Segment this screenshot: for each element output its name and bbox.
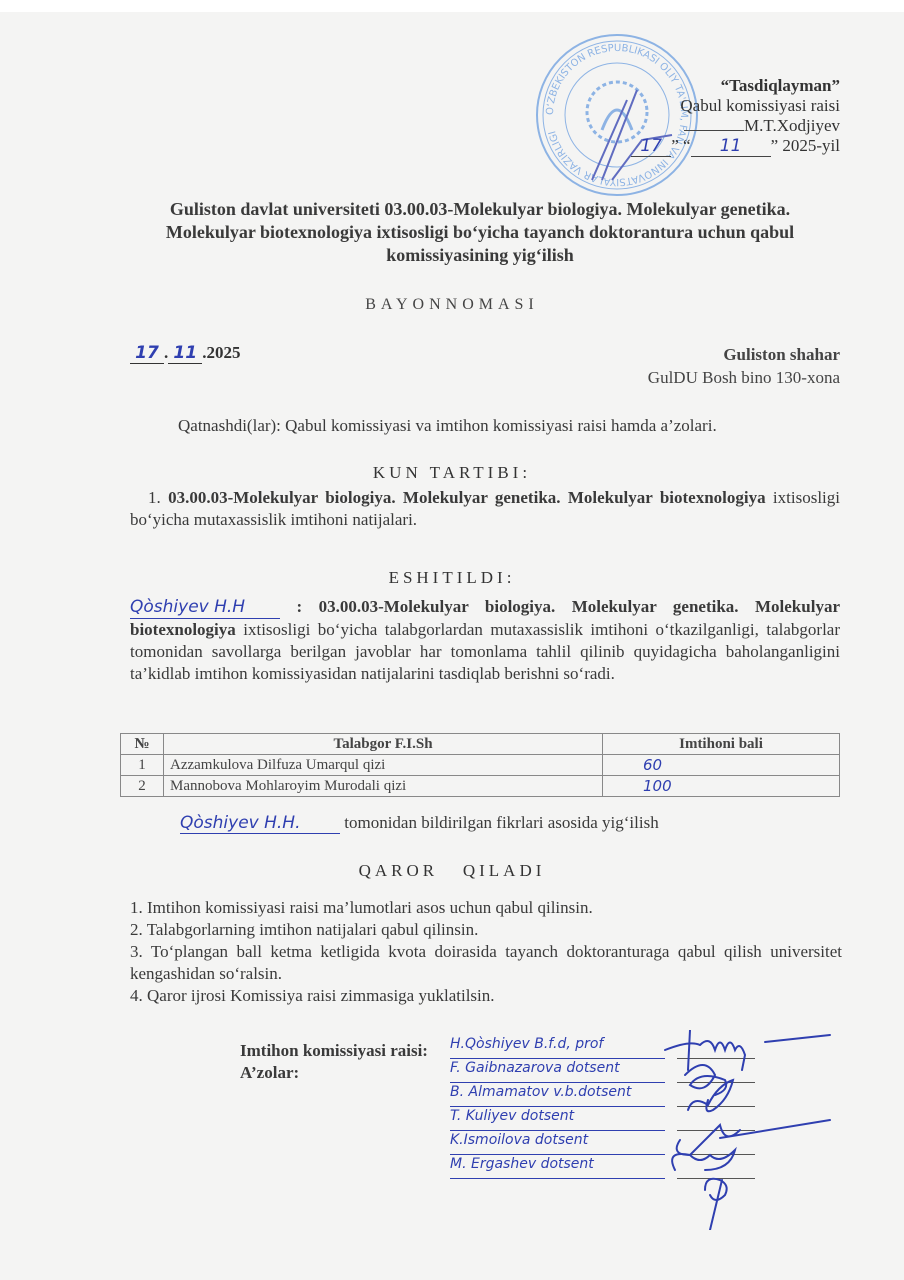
decision-item: 1. Imtihon komissiyasi raisi ma’lumotlar… bbox=[130, 897, 842, 919]
members-label: A’zolar: bbox=[240, 1062, 428, 1084]
col-applicant: Talabgor F.I.Sh bbox=[164, 734, 603, 755]
date-month: 11 bbox=[168, 343, 202, 364]
approval-title: “Tasdiqlayman” bbox=[631, 76, 840, 96]
heard-body: ixtisosligi bo‘yicha talabgorlardan muta… bbox=[130, 620, 840, 683]
signature-labels: Imtihon komissiyasi raisi: A’zolar: bbox=[240, 1040, 428, 1084]
member-name: F. Gaibnazarova dotsent bbox=[450, 1060, 665, 1083]
signature-scribbles-icon bbox=[660, 1030, 840, 1230]
document-type: BAYONNOMASI bbox=[0, 296, 904, 314]
attendees: Qatnashdi(lar): Qabul komissiyasi va imt… bbox=[130, 415, 840, 437]
member-name: T. Kuliyev dotsent bbox=[450, 1108, 665, 1131]
col-score: Imtihoni bali bbox=[603, 734, 840, 755]
agenda-heading: KUN TARTIBI: bbox=[0, 463, 904, 483]
approval-month: 11 bbox=[691, 136, 771, 157]
col-number: № bbox=[121, 734, 164, 755]
member-name: K.Ismoilova dotsent bbox=[450, 1132, 665, 1155]
date-year: .2025 bbox=[202, 343, 240, 362]
member-name: B. Almamatov v.b.dotsent bbox=[450, 1084, 665, 1107]
results-table: № Talabgor F.I.Sh Imtihoni bali 1 Azzamk… bbox=[120, 733, 840, 797]
agenda-item-specialty: 03.00.03-Molekulyar biologiya. Molekulya… bbox=[168, 488, 766, 507]
conclusion-text: tomonidan bildirilgan fikrlari asosida y… bbox=[340, 813, 659, 832]
location: GulDU Bosh bino 130-xona bbox=[648, 366, 840, 389]
row-number: 2 bbox=[121, 776, 164, 797]
heard-text: Qòshiyev H.H : 03.00.03-Molekulyar biolo… bbox=[130, 596, 840, 685]
approval-year: ” 2025-yil bbox=[771, 136, 840, 155]
conclusion-line: Qòshiyev H.H. tomonidan bildirilgan fikr… bbox=[180, 813, 659, 834]
table-row: 2 Mannobova Mohlaroyim Murodali qizi 100 bbox=[121, 776, 840, 797]
decision-item: 2. Talabgorlarning imtihon natijalari qa… bbox=[130, 919, 842, 941]
document-title: Guliston davlat universiteti 03.00.03-Mo… bbox=[140, 198, 820, 267]
city: Guliston shahar bbox=[648, 343, 840, 366]
meeting-date: 17.11.2025 bbox=[130, 343, 241, 364]
chair-label: Imtihon komissiyasi raisi: bbox=[240, 1040, 428, 1062]
decision-heading: QAROR QILADI bbox=[0, 861, 904, 881]
applicant-name: Azzamkulova Dilfuza Umarqul qizi bbox=[164, 755, 603, 776]
approval-block: “Tasdiqlayman” Qabul komissiyasi raisi M… bbox=[631, 76, 840, 157]
member-name: H.Qòshiyev B.f.d, prof bbox=[450, 1036, 665, 1059]
row-number: 1 bbox=[121, 755, 164, 776]
applicant-score: 60 bbox=[603, 755, 840, 776]
member-name: M. Ergashev dotsent bbox=[450, 1156, 665, 1179]
conclusion-speaker: Qòshiyev H.H. bbox=[180, 813, 340, 834]
applicant-score: 100 bbox=[603, 776, 840, 797]
table-header-row: № Talabgor F.I.Sh Imtihoni bali bbox=[121, 734, 840, 755]
heard-colon: : bbox=[280, 597, 319, 616]
heard-speaker: Qòshiyev H.H bbox=[130, 596, 280, 619]
decision-list: 1. Imtihon komissiyasi raisi ma’lumotlar… bbox=[130, 897, 842, 1007]
approval-name: M.T.Xodjiyev bbox=[744, 116, 840, 135]
table-row: 1 Azzamkulova Dilfuza Umarqul qizi 60 bbox=[121, 755, 840, 776]
decision-item: 4. Qaror ijrosi Komissiya raisi zimmasig… bbox=[130, 985, 842, 1007]
approval-role: Qabul komissiyasi raisi bbox=[631, 96, 840, 116]
applicant-name: Mannobova Mohlaroyim Murodali qizi bbox=[164, 776, 603, 797]
agenda-item: 1. 03.00.03-Molekulyar biologiya. Moleku… bbox=[130, 487, 840, 531]
heard-heading: ESHITILDI: bbox=[0, 568, 904, 588]
agenda-item-number: 1. bbox=[148, 488, 161, 507]
date-day: 17 bbox=[130, 343, 164, 364]
decision-item: 3. To‘plangan ball ketma ketligida kvota… bbox=[130, 941, 842, 985]
decision-heading-text: QAROR QILADI bbox=[359, 861, 546, 880]
approval-day: 17 bbox=[631, 136, 671, 157]
meeting-place: Guliston shahar GulDU Bosh bino 130-xona bbox=[648, 343, 840, 389]
